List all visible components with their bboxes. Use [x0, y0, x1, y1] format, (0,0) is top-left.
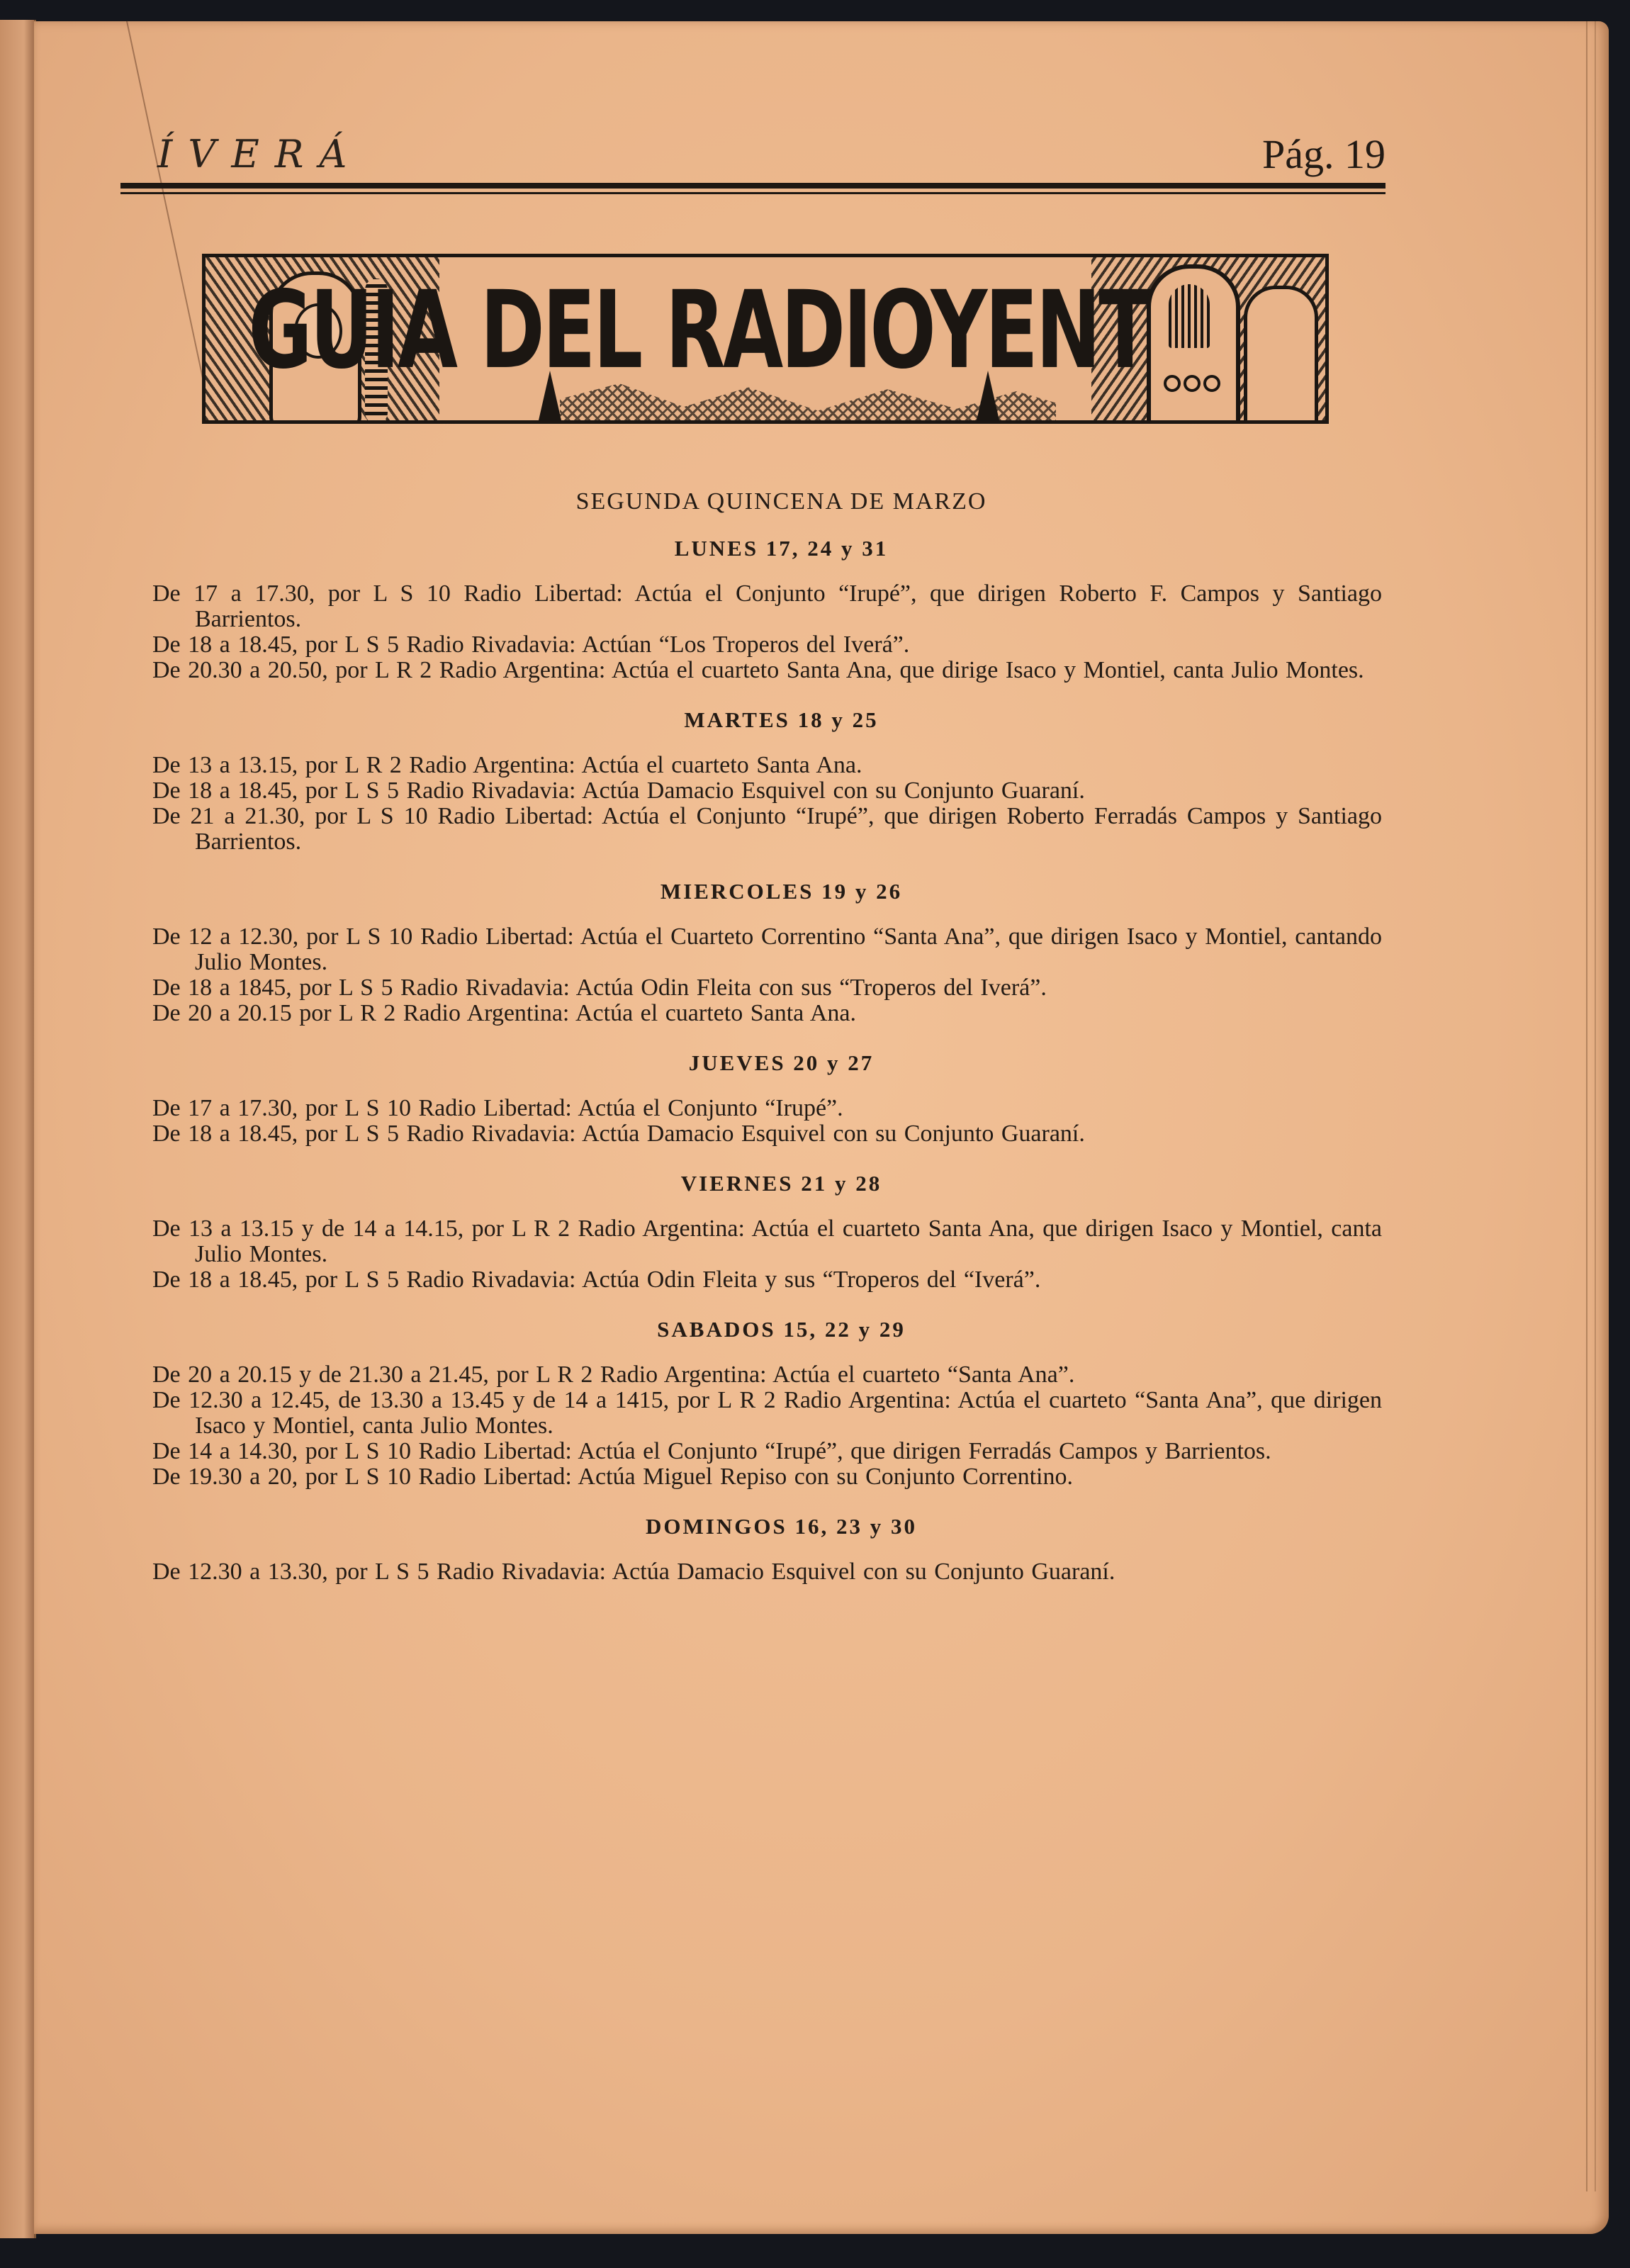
radio-knob-icon: [1164, 375, 1181, 392]
schedule-entry: De 12 a 12.30, por L S 10 Radio Libertad…: [152, 924, 1382, 975]
day-section-jueves: JUEVES 20 y 27 De 17 a 17.30, por L S 10…: [152, 1050, 1382, 1147]
schedule-entry: De 12.30 a 12.45, de 13.30 a 13.45 y de …: [152, 1388, 1382, 1439]
day-section-sabados: SABADOS 15, 22 y 29 De 20 a 20.15 y de 2…: [152, 1317, 1382, 1490]
radio-knob-icon: [1184, 375, 1201, 392]
radio-knob-icon: [1203, 375, 1220, 392]
schedule-entry: De 12.30 a 13.30, por L S 5 Radio Rivada…: [152, 1559, 1382, 1585]
schedule-entry: De 17 a 17.30, por L S 10 Radio Libertad…: [152, 581, 1382, 632]
section-subtitle: SEGUNDA QUINCENA DE MARZO: [152, 489, 1382, 515]
day-section-domingos: DOMINGOS 16, 23 y 30 De 12.30 a 13.30, p…: [152, 1514, 1382, 1585]
schedule-entry: De 19.30 a 20, por L S 10 Radio Libertad…: [152, 1464, 1382, 1490]
schedule-entry: De 13 a 13.15 y de 14 a 14.15, por L R 2…: [152, 1216, 1382, 1267]
day-heading: DOMINGOS 16, 23 y 30: [152, 1514, 1382, 1539]
day-heading: MIERCOLES 19 y 26: [152, 879, 1382, 904]
schedule-entry: De 18 a 18.45, por L S 5 Radio Rivadavia…: [152, 778, 1382, 804]
day-section-martes: MARTES 18 y 25 De 13 a 13.15, por L R 2 …: [152, 707, 1382, 855]
page-number: Pág. 19: [1262, 130, 1385, 178]
day-section-lunes: LUNES 17, 24 y 31 De 17 a 17.30, por L S…: [152, 536, 1382, 683]
day-section-miercoles: MIERCOLES 19 y 26 De 12 a 12.30, por L S…: [152, 879, 1382, 1026]
schedule-entry: De 13 a 13.15, por L R 2 Radio Argentina…: [152, 753, 1382, 778]
schedule-content: SEGUNDA QUINCENA DE MARZO LUNES 17, 24 y…: [152, 489, 1382, 1609]
schedule-entry: De 18 a 1845, por L S 5 Radio Rivadavia:…: [152, 975, 1382, 1001]
schedule-entry: De 20.30 a 20.50, por L R 2 Radio Argent…: [152, 658, 1382, 683]
schedule-entry: De 14 a 14.30, por L S 10 Radio Libertad…: [152, 1439, 1382, 1464]
schedule-entry: De 21 a 21.30, por L S 10 Radio Libertad…: [152, 804, 1382, 855]
speaker-grille-icon: [1169, 284, 1210, 348]
schedule-entry: De 18 a 18.45, por L S 5 Radio Rivadavia…: [152, 1121, 1382, 1147]
listener-man-icon: [1244, 286, 1318, 424]
page-edge: [1586, 21, 1596, 2191]
day-heading: SABADOS 15, 22 y 29: [152, 1317, 1382, 1342]
radio-set-icon: [1147, 264, 1240, 424]
running-title: ÍVERÁ: [157, 132, 362, 176]
schedule-entry: De 18 a 18.45, por L S 5 Radio Rivadavia…: [152, 632, 1382, 658]
header-rule: [120, 183, 1385, 194]
guia-del-radioyente-banner: GUIA DEL RADIOYENTE: [202, 254, 1329, 424]
banner-title: GUIA DEL RADIOYENTE: [450, 268, 999, 393]
day-heading: VIERNES 21 y 28: [152, 1171, 1382, 1196]
day-section-viernes: VIERNES 21 y 28 De 13 a 13.15 y de 14 a …: [152, 1171, 1382, 1293]
schedule-entry: De 20 a 20.15 por L R 2 Radio Argentina:…: [152, 1001, 1382, 1026]
day-heading: LUNES 17, 24 y 31: [152, 536, 1382, 561]
schedule-entry: De 20 a 20.15 y de 21.30 a 21.45, por L …: [152, 1362, 1382, 1388]
schedule-entry: De 18 a 18.45, por L S 5 Radio Rivadavia…: [152, 1267, 1382, 1293]
page-header: ÍVERÁ Pág. 19: [120, 106, 1385, 198]
adjacent-page-edge: [0, 20, 36, 2238]
schedule-entry: De 17 a 17.30, por L S 10 Radio Libertad…: [152, 1096, 1382, 1121]
day-heading: MARTES 18 y 25: [152, 707, 1382, 733]
paper-crease: [126, 21, 210, 410]
day-heading: JUEVES 20 y 27: [152, 1050, 1382, 1076]
